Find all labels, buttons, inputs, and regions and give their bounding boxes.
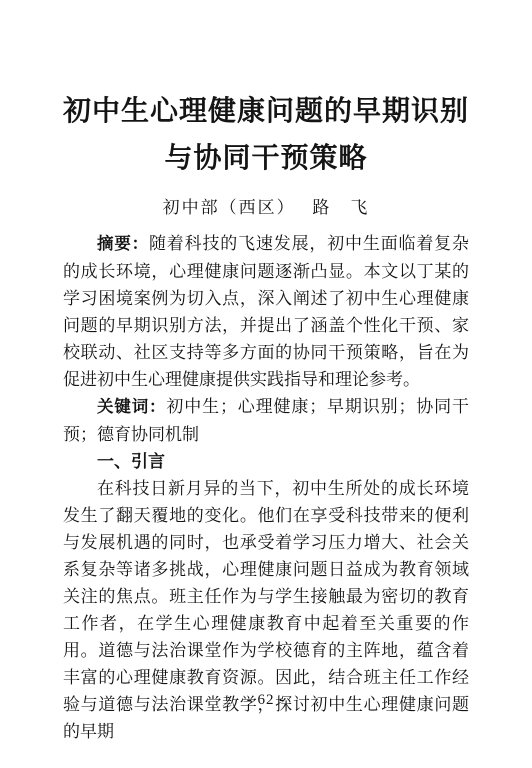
author-affiliation: 初中部（西区） 路 飞 <box>63 196 469 220</box>
page-title-line-1: 初中生心理健康问题的早期识别 <box>63 88 469 135</box>
page-title: 初中生心理健康问题的早期识别 与协同干预策略 <box>63 88 469 182</box>
section-heading-introduction: 一、引言 <box>63 448 469 475</box>
document-page: 初中生心理健康问题的早期识别 与协同干预策略 初中部（西区） 路 飞 摘要：随着… <box>0 0 532 768</box>
document-body: 摘要：随着科技的飞速发展，初中生面临着复杂的成长环境，心理健康问题逐渐凸显。本文… <box>63 230 469 745</box>
page-title-line-2: 与协同干预策略 <box>63 135 469 182</box>
keywords-label: 关键词： <box>97 398 166 416</box>
page-number: - 62 - <box>0 692 532 709</box>
abstract-paragraph: 摘要：随着科技的飞速发展，初中生面临着复杂的成长环境，心理健康问题逐渐凸显。本文… <box>63 230 469 393</box>
abstract-text: 随着科技的飞速发展，初中生面临着复杂的成长环境，心理健康问题逐渐凸显。本文以丁某… <box>63 234 469 389</box>
abstract-label: 摘要： <box>97 235 149 253</box>
keywords-paragraph: 关键词：初中生；心理健康；早期识别；协同干预；德育协同机制 <box>63 393 469 448</box>
